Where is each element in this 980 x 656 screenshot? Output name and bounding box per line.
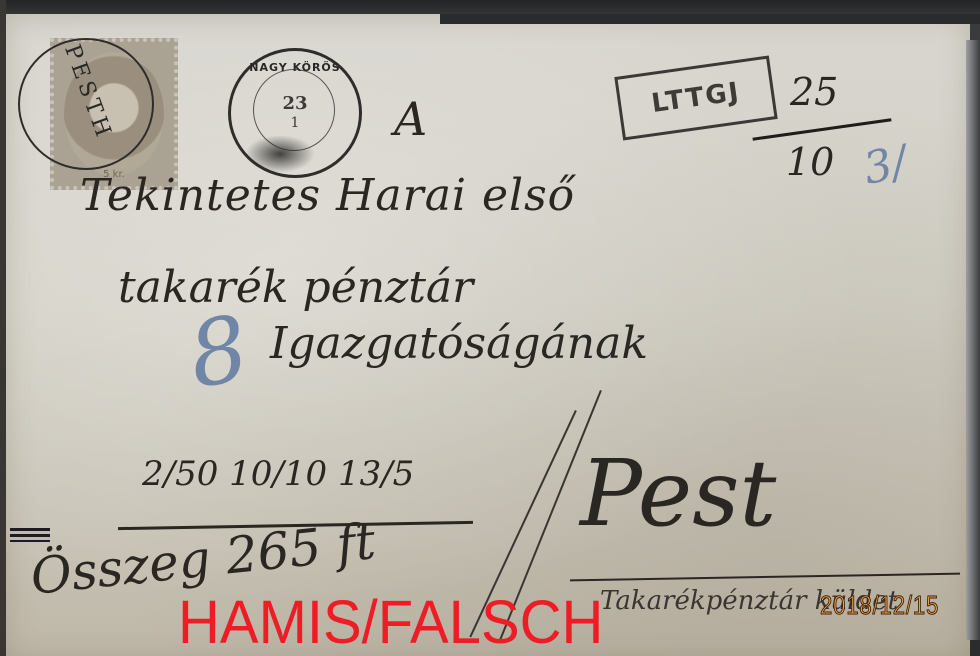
- fee-calculation: 2/50 10/10 13/5: [142, 454, 414, 494]
- address-line-3: Igazgatóságának: [270, 318, 648, 369]
- handwritten-initial: A: [394, 92, 427, 146]
- ink-smudge: [245, 135, 315, 173]
- envelope-right-edge: [966, 40, 980, 640]
- camera-timestamp: 2018/12/15: [820, 590, 939, 621]
- pesth-postmark: PESTH: [18, 38, 154, 170]
- envelope-left-edge: [0, 0, 6, 656]
- nagykoros-postmark: NAGY KÖRÖS 23 1: [228, 48, 362, 178]
- forgery-watermark: HAMIS/FALSCH: [178, 588, 603, 656]
- destination-city: Pest: [580, 440, 776, 547]
- postmark-day: 23: [231, 93, 359, 114]
- postmark-month: 1: [231, 115, 359, 131]
- fraction-denominator: 10: [786, 140, 834, 184]
- address-line-2: takarék pénztár: [118, 262, 473, 313]
- edge-ink-mark: [10, 528, 50, 542]
- postmark-town: NAGY KÖRÖS: [237, 61, 353, 74]
- envelope-top-edge: [440, 14, 980, 24]
- pesth-postmark-text: PESTH: [59, 41, 117, 143]
- address-line-1: Tekintetes Harai első: [80, 170, 575, 221]
- fraction-numerator: 25: [790, 70, 838, 114]
